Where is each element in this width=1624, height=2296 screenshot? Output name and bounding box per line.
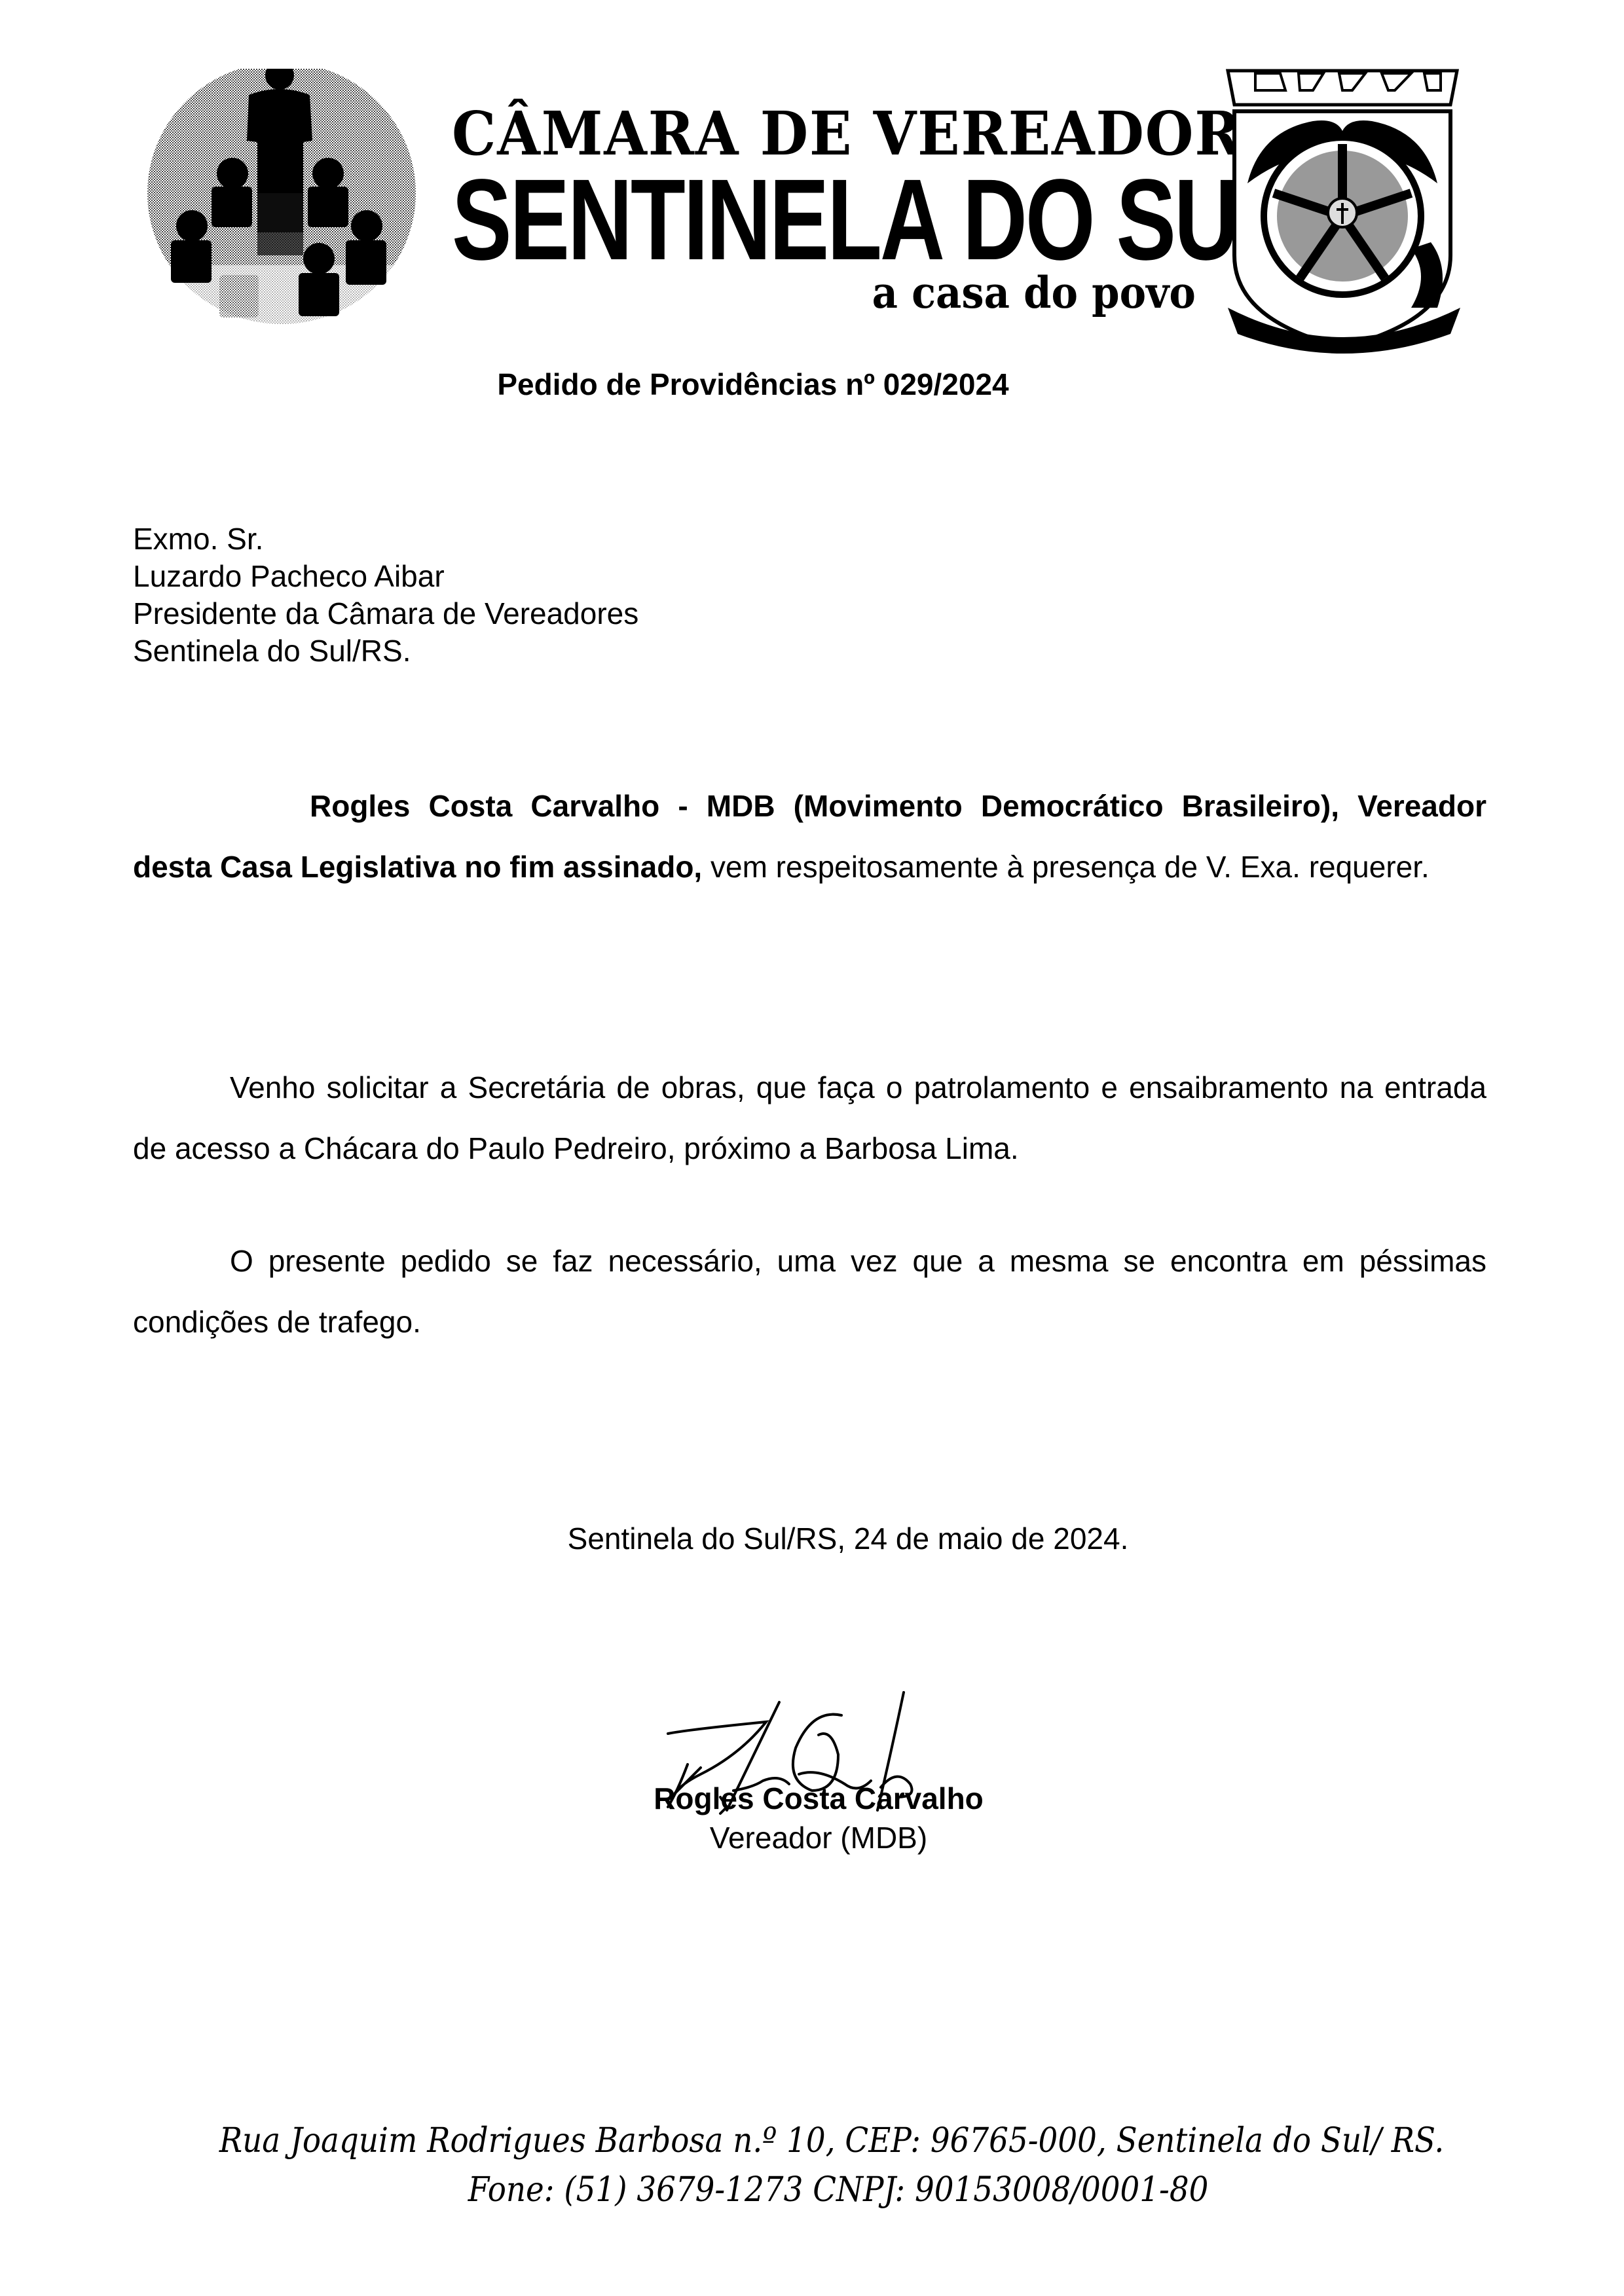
municipal-coat-of-arms-icon: [1215, 59, 1477, 360]
intro-paragraph: Rogles Costa Carvalho - MDB (Movimento D…: [133, 776, 1486, 898]
header-municipality-name: SENTINELA DO SUL: [452, 162, 1039, 278]
assembly-people-logo-icon: [141, 69, 435, 350]
footer-contact: Fone: (51) 3679-1273 CNPJ: 90153008/0001…: [0, 2170, 1624, 2210]
signer-name: Rogles Costa Carvalho: [0, 1781, 1624, 1816]
addressee-location: Sentinela do Sul/RS.: [133, 632, 638, 670]
request-paragraph: Venho solicitar a Secretária de obras, q…: [133, 1057, 1486, 1179]
justification-paragraph: O presente pedido se faz necessário, uma…: [133, 1231, 1486, 1353]
document-title: Pedido de Providências nº 029/2024: [0, 367, 1624, 402]
addressee-title: Presidente da Câmara de Vereadores: [133, 595, 638, 632]
header-tagline: a casa do povo: [872, 267, 1185, 318]
date-line: Sentinela do Sul/RS, 24 de maio de 2024.: [0, 1521, 1624, 1556]
footer-address: Rua Joaquim Rodrigues Barbosa n.º 10, CE…: [0, 2121, 1624, 2160]
addressee-salutation: Exmo. Sr.: [133, 520, 638, 558]
addressee-block: Exmo. Sr. Luzardo Pacheco Aibar Presiden…: [133, 520, 638, 670]
signer-role: Vereador (MDB): [0, 1820, 1624, 1855]
addressee-name: Luzardo Pacheco Aibar: [133, 558, 638, 595]
intro-regular-text: vem respeitosamente à presença de V. Exa…: [702, 850, 1430, 884]
